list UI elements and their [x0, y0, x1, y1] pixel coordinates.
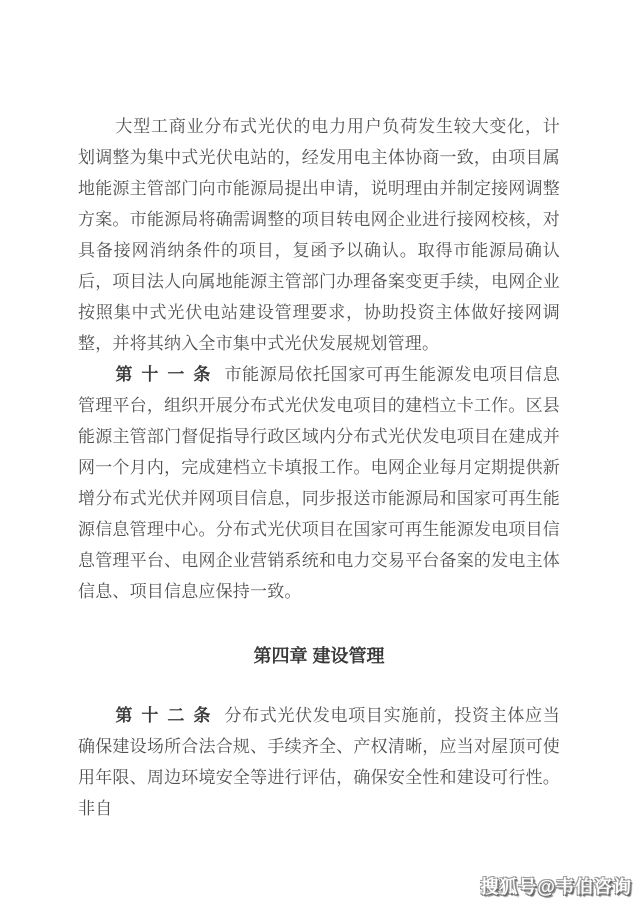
chapter-heading: 第四章 建设管理 — [78, 641, 560, 672]
article-number: 第十一条 — [115, 365, 219, 384]
article-number: 第十二条 — [115, 706, 219, 725]
document-body: 大型工商业分布式光伏的电力用户负荷发生较大变化，计划调整为集中式光伏电站的，经发… — [78, 111, 560, 824]
body-paragraph: 第十一条市能源局依托国家可再生能源发电项目信息管理平台，组织开展分布式光伏发电项… — [78, 359, 560, 607]
body-paragraph: 第十二条分布式光伏发电项目实施前，投资主体应当确保建设场所合法合规、手续齐全、产… — [78, 700, 560, 824]
sohu-watermark: 搜狐号@韦伯咨询 — [480, 873, 632, 899]
body-paragraph: 大型工商业分布式光伏的电力用户负荷发生较大变化，计划调整为集中式光伏电站的，经发… — [78, 111, 560, 359]
paragraph-text: 大型工商业分布式光伏的电力用户负荷发生较大变化，计划调整为集中式光伏电站的，经发… — [78, 117, 560, 353]
paragraph-text: 市能源局依托国家可再生能源发电项目信息管理平台，组织开展分布式光伏发电项目的建档… — [78, 365, 560, 601]
document-page: 大型工商业分布式光伏的电力用户负荷发生较大变化，计划调整为集中式光伏电站的，经发… — [0, 0, 640, 905]
